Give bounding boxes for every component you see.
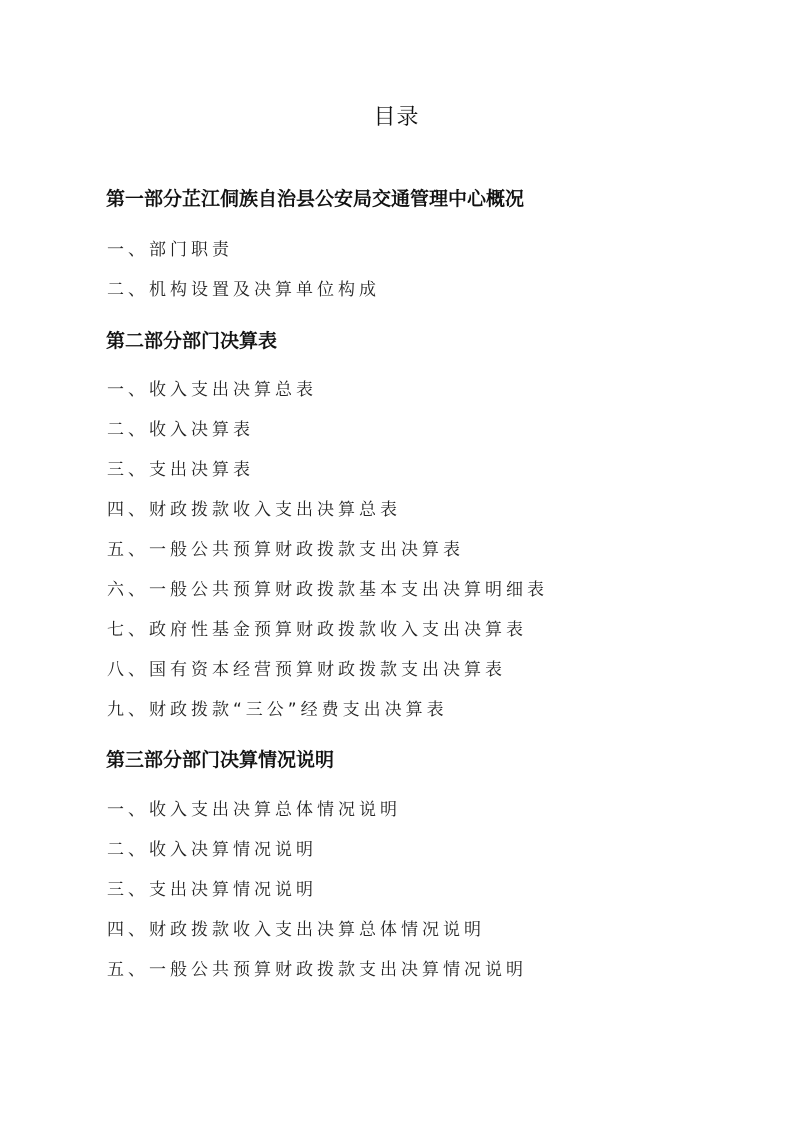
toc-item[interactable]: 一、收入支出决算总表 [107,378,317,402]
toc-part-3-heading[interactable]: 第三部分部门决算情况说明 [106,747,334,773]
toc-item[interactable]: 四、财政拨款收入支出决算总表 [107,498,401,522]
toc-item[interactable]: 四、财政拨款收入支出决算总体情况说明 [107,918,485,942]
toc-item[interactable]: 二、收入决算表 [107,418,254,442]
toc-part-1-heading[interactable]: 第一部分芷江侗族自治县公安局交通管理中心概况 [106,186,524,212]
toc-item[interactable]: 一、部门职责 [107,238,233,262]
toc-part-2-heading[interactable]: 第二部分部门决算表 [106,328,277,354]
toc-item[interactable]: 三、支出决算情况说明 [107,878,317,902]
toc-item[interactable]: 八、国有资本经营预算财政拨款支出决算表 [107,658,506,682]
toc-item[interactable]: 五、一般公共预算财政拨款支出决算情况说明 [107,958,527,982]
toc-item[interactable]: 六、一般公共预算财政拨款基本支出决算明细表 [107,578,548,602]
toc-item[interactable]: 二、收入决算情况说明 [107,838,317,862]
toc-item[interactable]: 一、收入支出决算总体情况说明 [107,798,401,822]
toc-item[interactable]: 七、政府性基金预算财政拨款收入支出决算表 [107,618,527,642]
toc-item[interactable]: 二、机构设置及决算单位构成 [107,278,380,302]
page-title: 目录 [0,102,793,134]
toc-item[interactable]: 九、财政拨款“三公”经费支出决算表 [107,698,448,722]
toc-item[interactable]: 五、一般公共预算财政拨款支出决算表 [107,538,464,562]
toc-item[interactable]: 三、支出决算表 [107,458,254,482]
